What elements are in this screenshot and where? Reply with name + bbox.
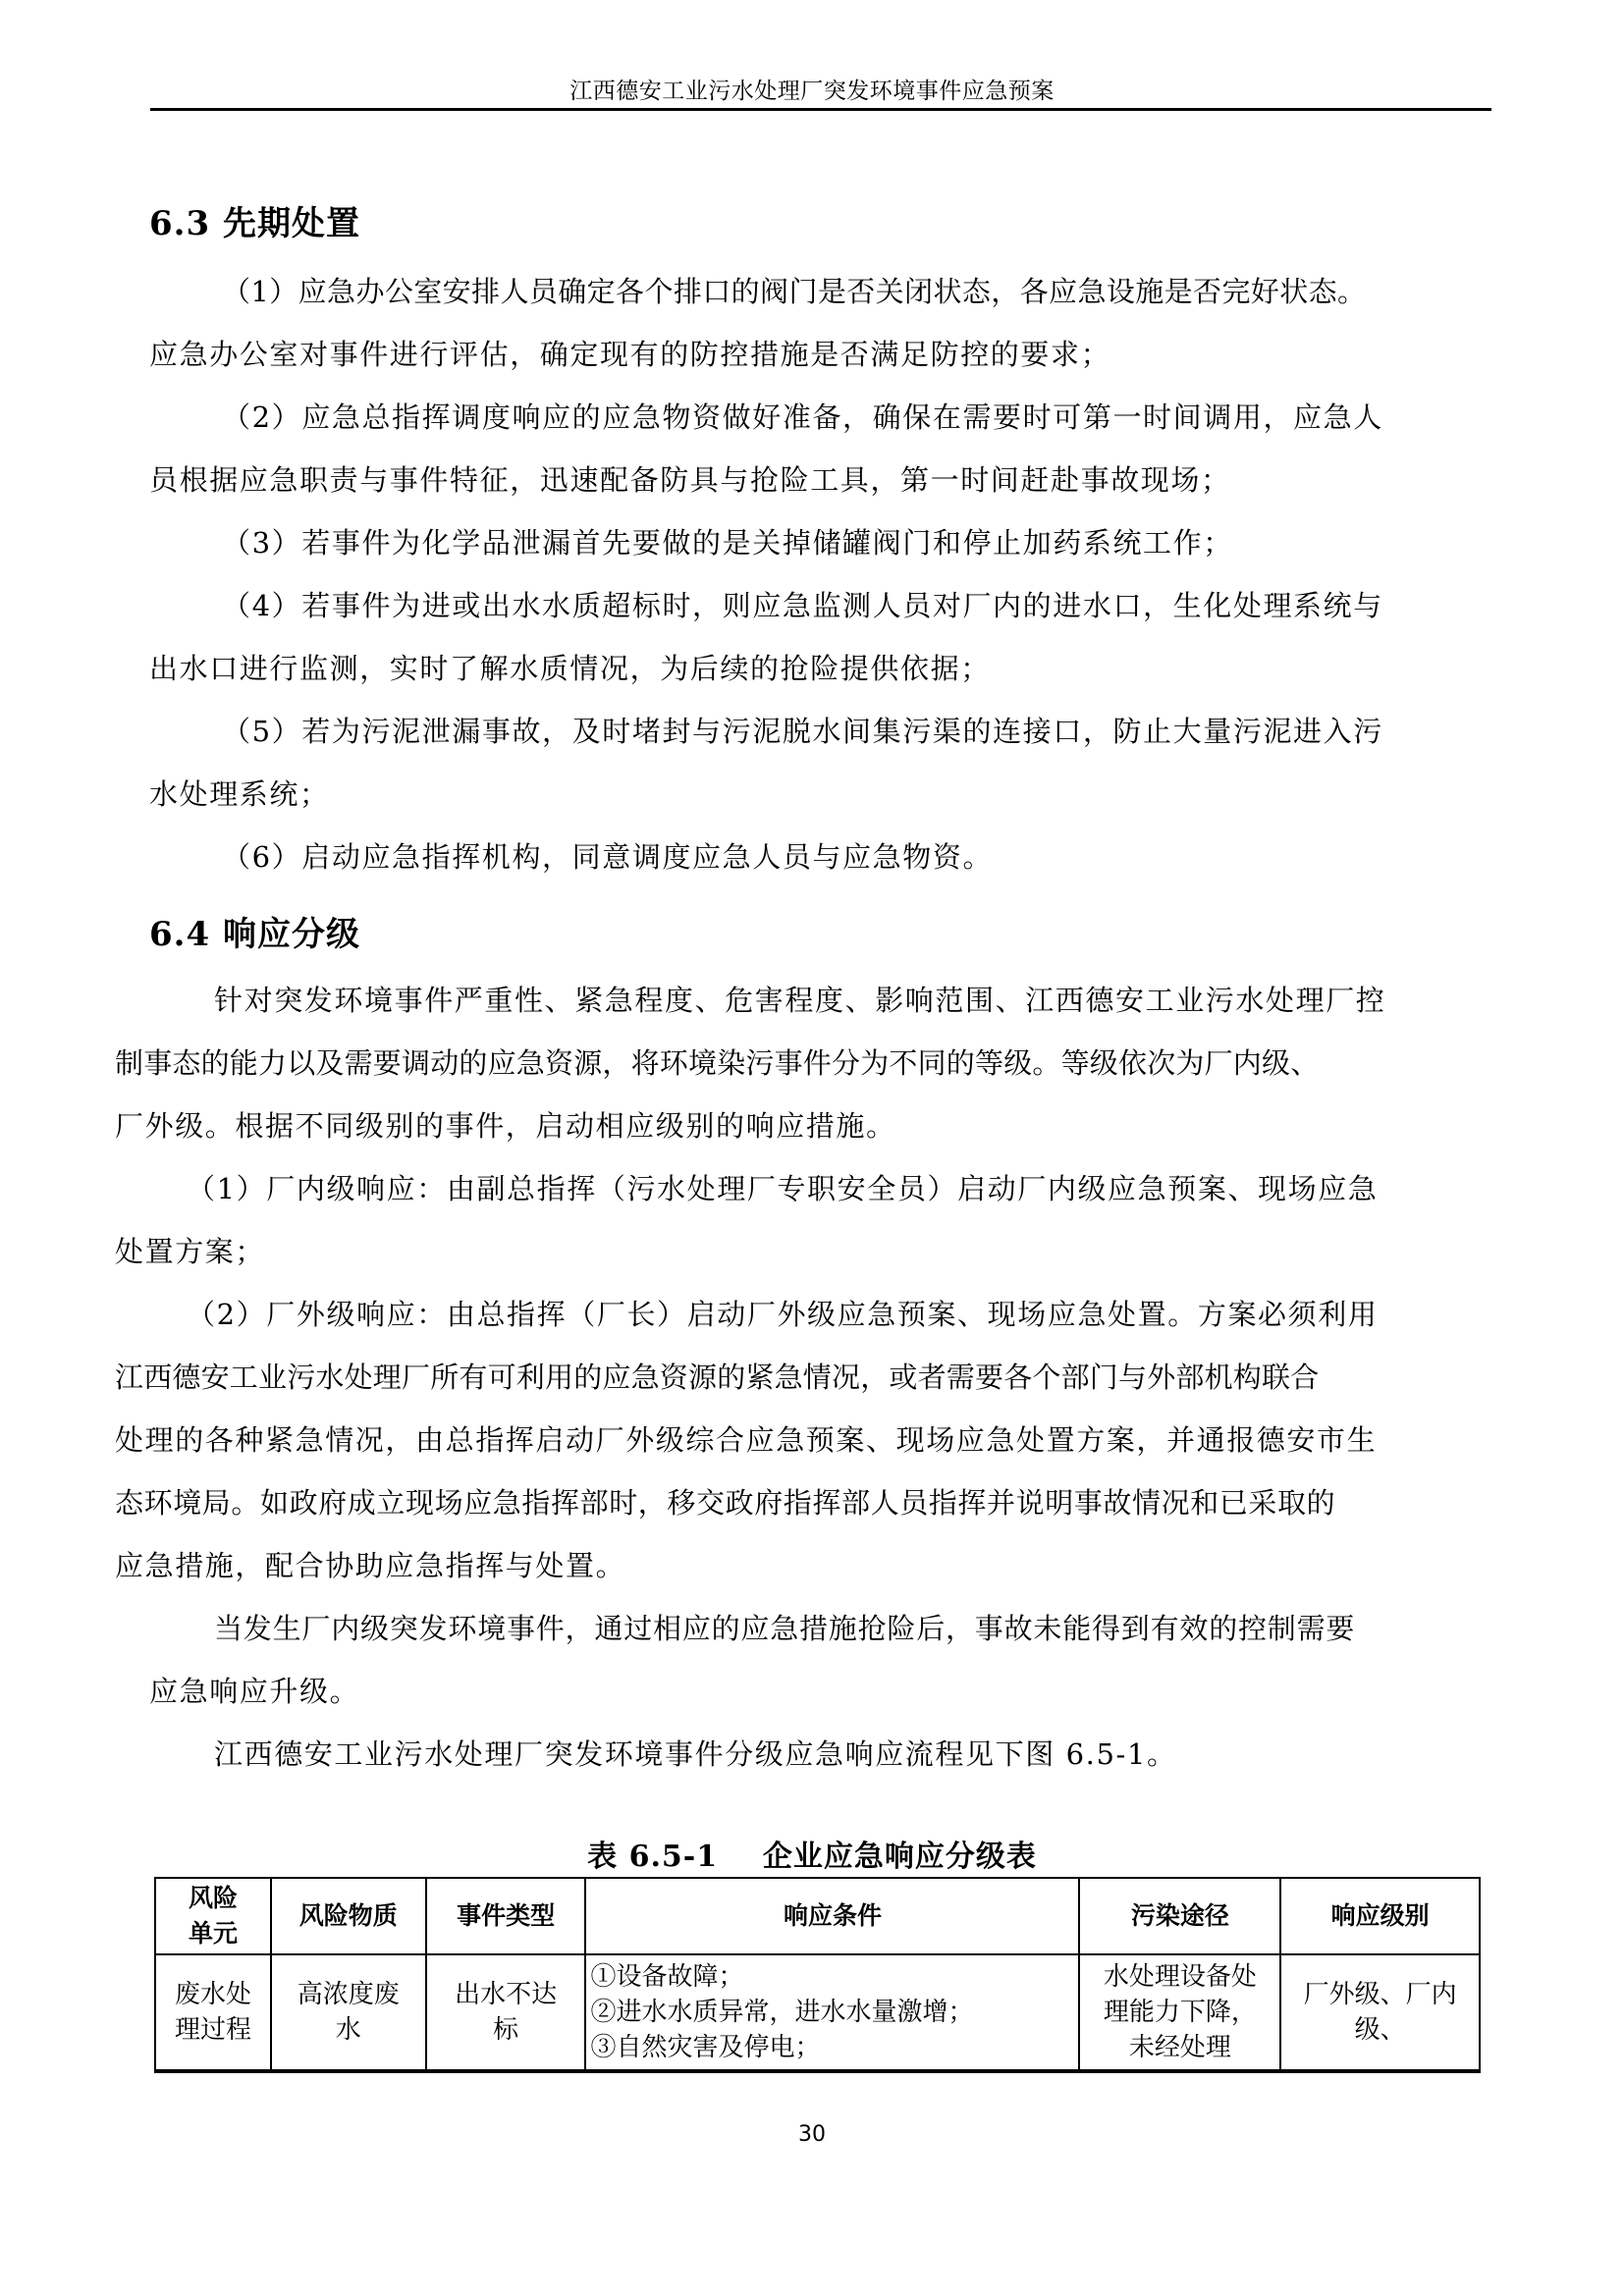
cell-risk-substance: 高浓度废水 (271, 1954, 426, 2071)
section-heading-6-3: 6.3 先期处置 (149, 196, 360, 244)
body-line: （6）启动应急指挥机构，同意调度应急人员与应急物资。 (222, 835, 993, 876)
column-header-event-type: 事件类型 (426, 1878, 586, 1954)
column-header-response-level: 响应级别 (1280, 1878, 1480, 1954)
body-line: 应急措施，配合协助应急指挥与处置。 (115, 1544, 625, 1584)
table-row: 废水处理过程 高浓度废水 出水不达标 ①设备故障； ②进水水质异常，进水水量激增… (155, 1954, 1480, 2071)
condition-item: ③自然灾害及停电； (590, 2030, 1074, 2065)
section-heading-6-4: 6.4 响应分级 (149, 907, 360, 955)
body-line: 针对突发环境事件严重性、紧急程度、危害程度、影响范围、江西德安工业污水处理厂控 (214, 979, 1385, 1019)
body-line: （1）应急办公室安排人员确定各个排口的阀门是否关闭状态，各应急设施是否完好状态。 (222, 270, 1366, 310)
body-line: （2）厂外级响应：由总指挥（厂长）启动厂外级应急预案、现场应急处置。方案必须利用 (187, 1293, 1378, 1333)
response-level-table: 风险单元 风险物质 事件类型 响应条件 污染途径 响应级别 废水处理过程 高浓度… (154, 1877, 1481, 2073)
body-line: 江西德安工业污水处理厂所有可利用的应急资源的紧急情况，或者需要各个部门与外部机构… (115, 1356, 1319, 1396)
body-line: （5）若为污泥泄漏事故，及时堵封与污泥脱水间集污渠的连接口，防止大量污泥进入污 (222, 710, 1383, 750)
cell-risk-unit: 废水处理过程 (155, 1954, 271, 2071)
column-header-risk-unit: 风险单元 (155, 1878, 271, 1954)
body-line: 出水口进行监测，实时了解水质情况，为后续的抢险提供依据； (149, 647, 991, 687)
cell-conditions: ①设备故障； ②进水水质异常，进水水量激增； ③自然灾害及停电； (585, 1954, 1079, 2071)
page-number: 30 (0, 2122, 1624, 2147)
body-line: 处置方案； (115, 1230, 265, 1270)
page-header-title: 江西德安工业污水处理厂突发环境事件应急预案 (0, 73, 1624, 105)
body-line: 应急响应升级。 (149, 1670, 359, 1710)
body-line: 态环境局。如政府成立现场应急指挥部时，移交政府指挥部人员指挥并说明事故情况和已采… (115, 1481, 1335, 1522)
body-line: 应急办公室对事件进行评估，确定现有的防控措施是否满足防控的要求； (149, 333, 1110, 373)
body-line: 员根据应急职责与事件特征，迅速配备防具与抢险工具，第一时间赶赴事故现场； (149, 458, 1231, 499)
cell-event-type: 出水不达标 (426, 1954, 586, 2071)
body-line: 厂外级。根据不同级别的事件，启动相应级别的响应措施。 (115, 1104, 896, 1145)
table-caption: 表 6.5-1 企业应急响应分级表 (0, 1832, 1624, 1875)
cell-response-level: 厂外级、厂内级、 (1280, 1954, 1480, 2071)
body-line: 处理的各种紧急情况，由总指挥启动厂外级综合应急预案、现场应急处置方案，并通报德安… (115, 1418, 1377, 1459)
column-header-conditions: 响应条件 (585, 1878, 1079, 1954)
body-line: 水处理系统； (149, 773, 330, 813)
header-rule (150, 108, 1491, 111)
body-line: （1）厂内级响应：由副总指挥（污水处理厂专职安全员）启动厂内级应急预案、现场应急 (187, 1167, 1378, 1207)
column-header-risk-substance: 风险物质 (271, 1878, 426, 1954)
condition-item: ②进水水质异常，进水水量激增； (590, 1995, 1074, 2030)
table-header-row: 风险单元 风险物质 事件类型 响应条件 污染途径 响应级别 (155, 1878, 1480, 1954)
column-header-pollution-path: 污染途径 (1079, 1878, 1280, 1954)
body-line: （2）应急总指挥调度响应的应急物资做好准备，确保在需要时可第一时间调用，应急人 (222, 396, 1383, 436)
condition-item: ①设备故障； (590, 1959, 1074, 1995)
body-line: 制事态的能力以及需要调动的应急资源，将环境染污事件分为不同的等级。等级依次为厂内… (115, 1041, 1319, 1082)
body-line: 当发生厂内级突发环境事件，通过相应的应急措施抢险后，事故未能得到有效的控制需要 (214, 1607, 1355, 1647)
body-line: （3）若事件为化学品泄漏首先要做的是关掉储罐阀门和停止加药系统工作； (222, 521, 1233, 561)
body-line: 江西德安工业污水处理厂突发环境事件分级应急响应流程见下图 6.5-1。 (214, 1733, 1177, 1773)
body-line: （4）若事件为进或出水水质超标时，则应急监测人员对厂内的进水口，生化处理系统与 (222, 584, 1383, 624)
cell-pollution-path: 水处理设备处理能力下降，未经处理 (1079, 1954, 1280, 2071)
